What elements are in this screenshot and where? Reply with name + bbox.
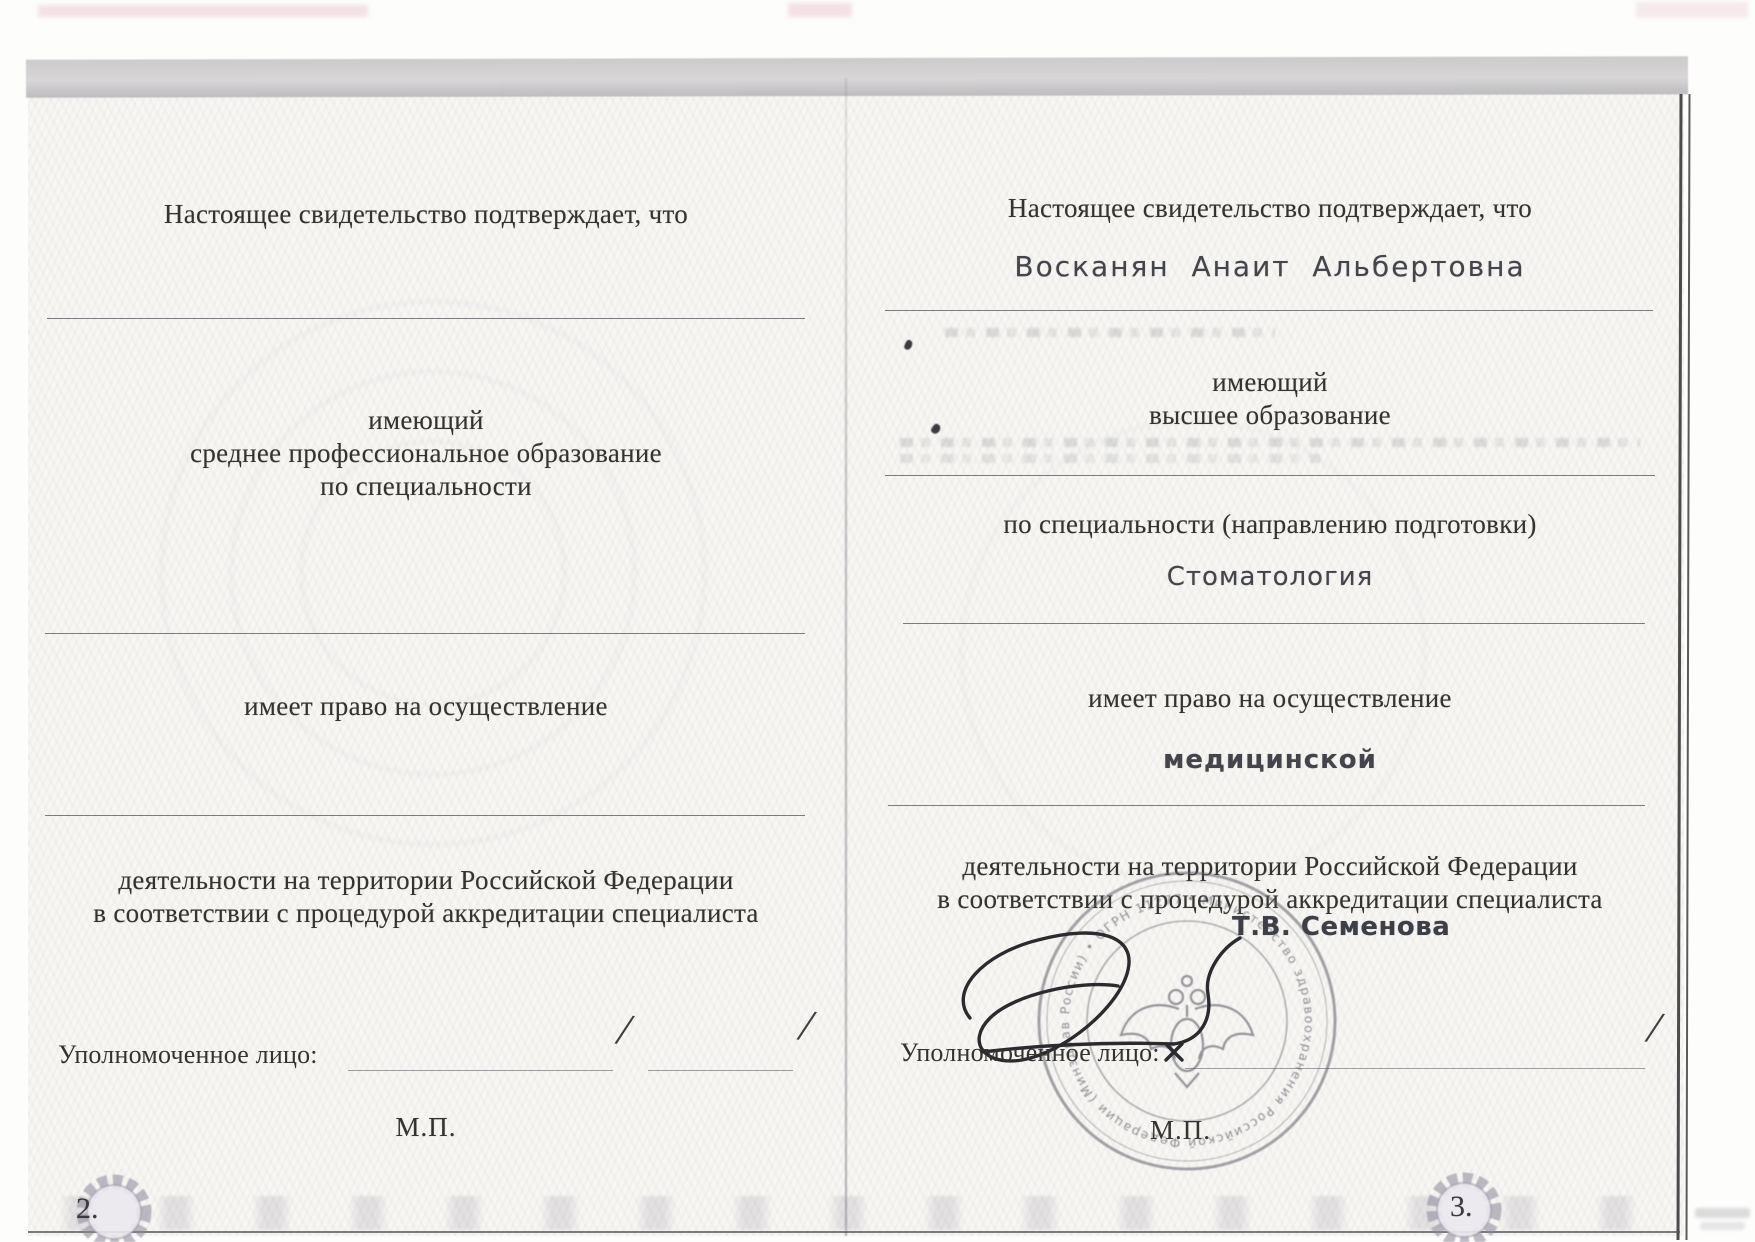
left-page-title: Настоящее свидетельство подтверждает, чт… — [47, 198, 805, 231]
page-number-ornament-left — [52, 1168, 182, 1242]
right-authorized-label: Уполномоченное лицо: — [900, 1038, 1160, 1068]
specialty-value: Стоматология — [885, 562, 1655, 592]
right-signature-blank — [1185, 1068, 1645, 1069]
scanned-certificate-spread: { "colors": { "paper": "#f7f6f3", "ink":… — [0, 0, 1755, 1242]
right-education-line1: имеющий — [885, 366, 1655, 399]
left-territory-line2: в соответствии с процедурой аккредитации… — [47, 897, 805, 930]
left-seal-place: М.П. — [47, 1112, 805, 1143]
bleedthrough-smudge — [900, 454, 1320, 463]
left-signature-blank-2 — [648, 1070, 793, 1071]
specialty-label: по специальности (направлению подготовки… — [885, 508, 1655, 541]
bleedthrough-smudge — [945, 328, 1275, 337]
left-education-line1: имеющий — [47, 404, 805, 437]
pencil-smudge — [1700, 1222, 1745, 1230]
left-page-number: 2. — [76, 1192, 99, 1226]
right-page-title: Настоящее свидетельство подтверждает, чт… — [885, 192, 1655, 225]
activity-value: медицинской — [885, 745, 1655, 775]
right-page-number: 3. — [1450, 1190, 1473, 1224]
education-line — [885, 475, 1655, 476]
book-gutter — [845, 78, 847, 1236]
left-territory-line1: деятельности на территории Российской Фе… — [47, 864, 805, 897]
right-seal-place: М.П. — [1150, 1115, 1211, 1146]
scan-artifact-pink — [38, 5, 368, 17]
page-right-edge — [1676, 94, 1690, 1240]
activity-line — [888, 805, 1645, 806]
blank-line-specialty — [45, 633, 805, 634]
signer-name: Т.В. Семенова — [1232, 912, 1450, 942]
holder-name: Восканян Анаит Альбертовна — [885, 250, 1655, 283]
left-authorized-label: Уполномоченное лицо: — [58, 1040, 318, 1070]
right-entitlement-text: имеет право на осуществление — [885, 682, 1655, 715]
watermark-circle — [960, 420, 1426, 886]
scan-artifact-pink — [1636, 2, 1748, 18]
pencil-smudge — [1695, 1208, 1750, 1218]
right-education-line2: высшее образование — [885, 399, 1655, 432]
left-signature-blank-1 — [348, 1070, 613, 1071]
page-top-shadow — [26, 56, 1688, 97]
left-education-line3: по специальности — [47, 470, 805, 503]
blank-line-activity — [45, 815, 805, 816]
left-education-line2: среднее профессиональное образование — [47, 437, 805, 470]
name-line — [885, 310, 1653, 311]
scan-artifact-pink — [788, 3, 852, 17]
left-entitlement-text: имеет право на осуществление — [47, 690, 805, 723]
bleedthrough-smudge — [900, 438, 1640, 447]
specialty-line — [903, 623, 1645, 624]
blank-line-name — [47, 318, 805, 319]
